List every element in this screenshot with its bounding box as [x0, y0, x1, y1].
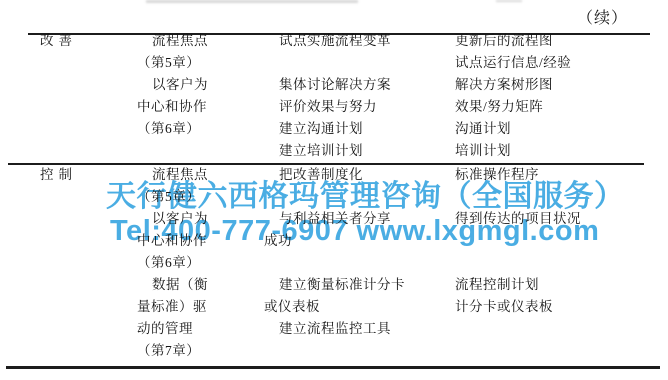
table-cell: 建立培训计划: [279, 140, 363, 162]
scan-artifact: [496, 0, 522, 2]
table-cell: 试点实施流程变革: [279, 30, 391, 52]
table-row: 以客户为 集体讨论解决方案 解决方案树形图: [0, 74, 668, 96]
table-cell: （第6章）: [137, 118, 200, 140]
table-cell: 试点运行信息/经验: [455, 52, 571, 74]
table-cell: 效果/努力矩阵: [455, 96, 543, 118]
table-cell: （第5章）: [137, 186, 200, 208]
table-cell: 把改善制度化: [279, 164, 363, 186]
table-cell: 与利益相关者分享: [279, 208, 391, 230]
document-page: （续） 天行健六西格玛管理咨询（全国服务） Tel:400-777-6907 w…: [0, 0, 668, 380]
table-cell: 培训计划: [455, 140, 511, 162]
table-cell: （第5章）: [137, 52, 200, 74]
table-row: （第5章） 试点运行信息/经验: [0, 52, 668, 74]
table-cell: 流程焦点: [152, 164, 208, 186]
table-cell: 以客户为: [152, 74, 208, 96]
table-row: 动的管理 建立流程监控工具: [0, 318, 668, 340]
table-row: 中心和协作 成功: [0, 230, 668, 252]
table-row: 控制 流程焦点 把改善制度化 标准操作程序: [0, 164, 668, 186]
table-cell: 建立衡量标准计分卡: [279, 274, 405, 296]
table-cell: 中心和协作: [137, 96, 207, 118]
table-cell: 量标准）驱: [137, 296, 207, 318]
table-row: 中心和协作 评价效果与努力 效果/努力矩阵: [0, 96, 668, 118]
table-row: （第5章）: [0, 186, 668, 208]
continuation-marker: （续）: [577, 5, 628, 28]
table-cell: 沟通计划: [455, 118, 511, 140]
table-cell: （第7章）: [137, 340, 200, 362]
table-cell: 成功: [264, 230, 292, 252]
table-cell: 或仪表板: [264, 296, 320, 318]
table-row: 改善 流程焦点 试点实施流程变革 更新后的流程图: [0, 30, 668, 52]
table-cell: 更新后的流程图: [455, 30, 553, 52]
table-section-improve: 改善 流程焦点 试点实施流程变革 更新后的流程图 （第5章） 试点运行信息/经验…: [0, 30, 668, 162]
phase-label-control: 控制: [40, 164, 77, 186]
table-cell: 评价效果与努力: [279, 96, 377, 118]
table-section-control: 控制 流程焦点 把改善制度化 标准操作程序 （第5章） 以客户为 与利益相关者分…: [0, 164, 668, 362]
table-bottom-rule: [6, 366, 660, 369]
table-cell: 中心和协作: [137, 230, 207, 252]
table-row: 以客户为 与利益相关者分享 得到传达的项目状况: [0, 208, 668, 230]
table-cell: （第6章）: [137, 252, 200, 274]
table-cell: 流程焦点: [152, 30, 208, 52]
table-cell: 以客户为: [152, 208, 208, 230]
table-row: （第6章）: [0, 252, 668, 274]
table-cell: 集体讨论解决方案: [279, 74, 391, 96]
table-row: 建立培训计划 培训计划: [0, 140, 668, 162]
table-row: 量标准）驱 或仪表板 计分卡或仪表板: [0, 296, 668, 318]
phase-label-improve: 改善: [40, 30, 77, 52]
table-row: 数据（衡 建立衡量标准计分卡 流程控制计划: [0, 274, 668, 296]
scan-artifact: [146, 0, 358, 3]
table-cell: 计分卡或仪表板: [455, 296, 553, 318]
table-row: （第7章）: [0, 340, 668, 362]
table-cell: 建立流程监控工具: [279, 318, 391, 340]
table-cell: 建立沟通计划: [279, 118, 363, 140]
table-cell: 标准操作程序: [455, 164, 539, 186]
table-cell: 数据（衡: [152, 274, 208, 296]
table-cell: 解决方案树形图: [455, 74, 553, 96]
table-cell: 流程控制计划: [455, 274, 539, 296]
table-cell: 动的管理: [137, 318, 193, 340]
table-row: （第6章） 建立沟通计划 沟通计划: [0, 118, 668, 140]
table-cell: 得到传达的项目状况: [455, 208, 581, 230]
